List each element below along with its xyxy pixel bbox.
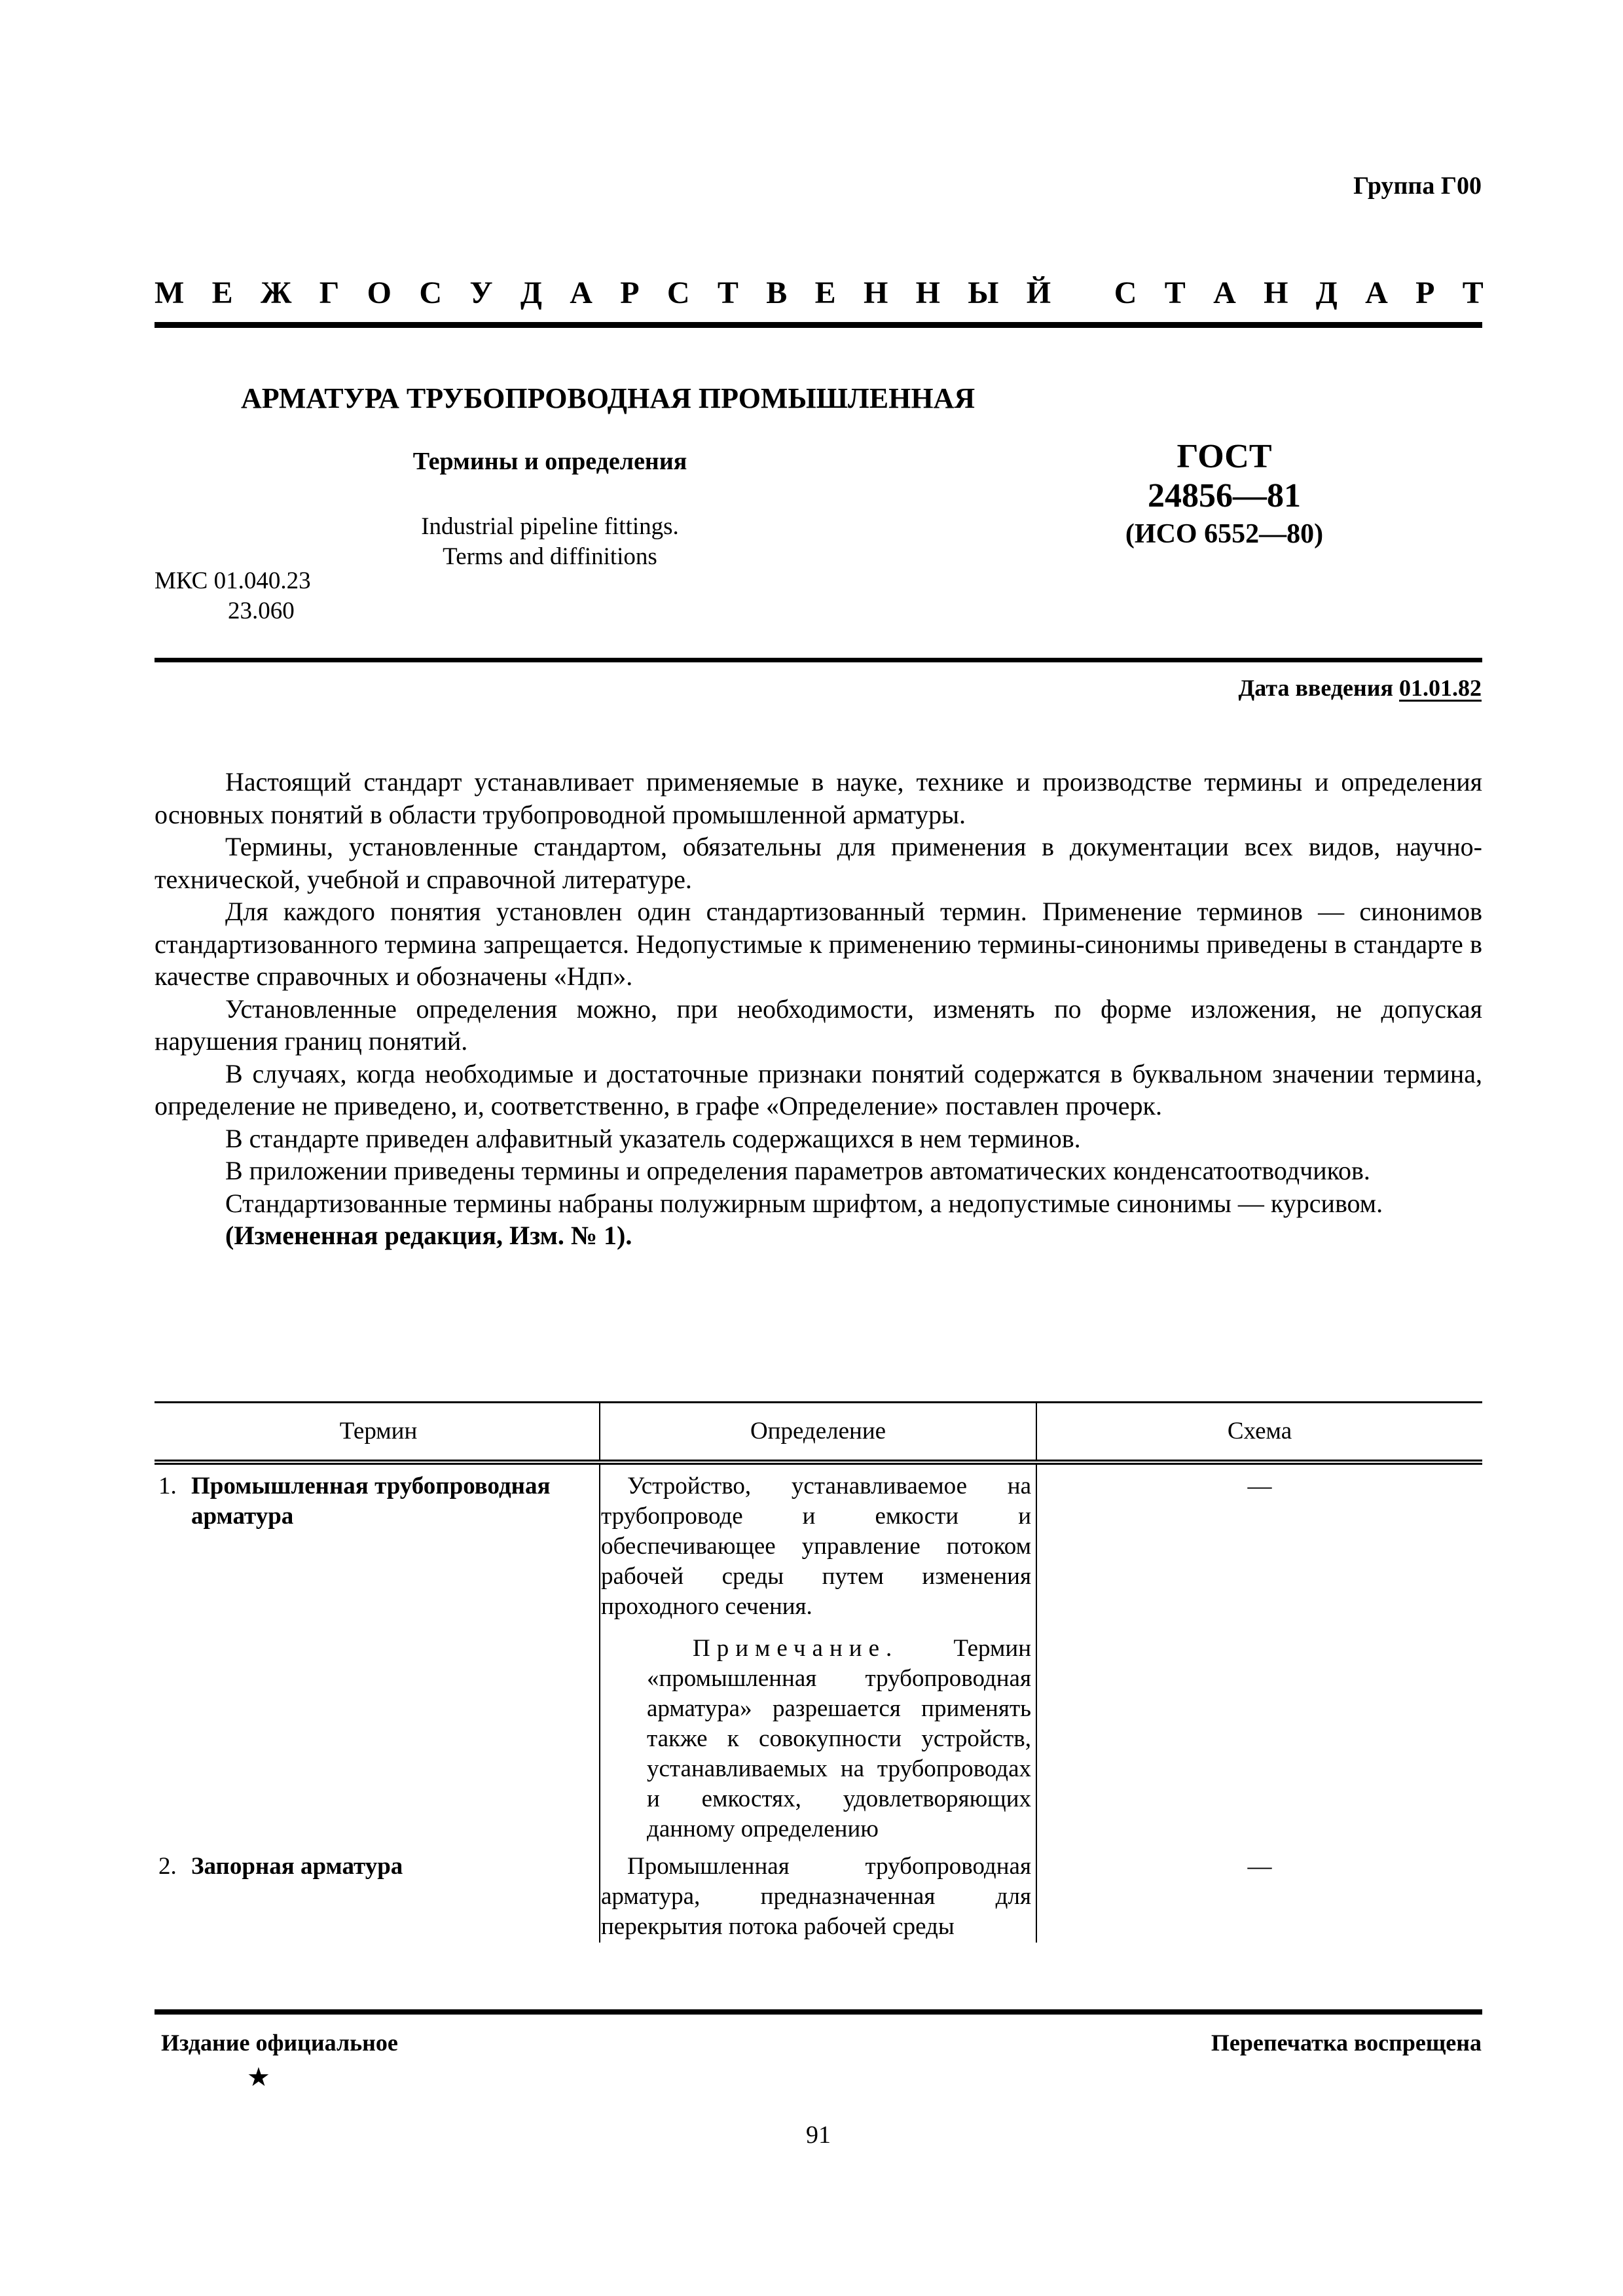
heading-letter: Е: [815, 275, 836, 311]
amendment-note: (Измененная редакция, Изм. № 1).: [155, 1219, 1482, 1252]
terms-table: Термин Определение Схема 1. Промышленная…: [155, 1401, 1482, 1943]
column-header-scheme: Схема: [1036, 1403, 1482, 1463]
heading-letter: С: [1114, 275, 1137, 311]
table-row: 2. Запорная арматура Промышленная трубоп…: [155, 1845, 1482, 1943]
preamble-paragraph: Установленные определения можно, при нео…: [155, 993, 1482, 1058]
heading-letter: С: [419, 275, 442, 311]
introduction-date-value: 01.01.82: [1399, 675, 1482, 701]
term-number: 2.: [158, 1852, 191, 1882]
heading-letter: Д: [1316, 275, 1338, 311]
heading-letter: Т: [1463, 275, 1484, 311]
definition-note: Примечание. Термин «промышленная трубопр…: [601, 1634, 1035, 1844]
preamble-paragraph: Стандартизованные термины набраны полужи…: [155, 1187, 1482, 1220]
preamble-paragraph: В приложении приведены термины и определ…: [155, 1155, 1482, 1187]
english-title: Industrial pipeline fittings. Terms and …: [393, 512, 707, 572]
mks-code-line1: МКС 01.040.23: [155, 566, 311, 596]
term-cell: 2. Запорная арматура: [155, 1845, 600, 1943]
heading-letter: Н: [916, 275, 940, 311]
english-title-line1: Industrial pipeline fittings.: [393, 512, 707, 542]
heading-letter: Е: [212, 275, 233, 311]
heading-letter: Р: [620, 275, 639, 311]
preamble-paragraph: Термины, установленные стандартом, обяза…: [155, 831, 1482, 895]
reprint-prohibited-label: Перепечатка воспрещена: [1211, 2029, 1482, 2056]
heading-letter: С: [667, 275, 690, 311]
definition-text: Промышленная трубопроводная арматура, пр…: [601, 1852, 1035, 1942]
heading-word-gap: [1078, 275, 1086, 311]
heading-letter: М: [155, 275, 184, 311]
gost-number: 24856—81: [1106, 476, 1342, 516]
heading-letter: Р: [1415, 275, 1434, 311]
column-header-term: Термин: [155, 1403, 600, 1463]
heading-letter: Г: [319, 275, 340, 311]
preamble: Настоящий стандарт устанавливает применя…: [155, 766, 1482, 1252]
english-title-line2: Terms and diffinitions: [393, 542, 707, 572]
document-subtitle: Термины и определения: [393, 447, 707, 476]
preamble-paragraph: Настоящий стандарт устанавливает применя…: [155, 766, 1482, 831]
star-icon: ★: [247, 2062, 270, 2092]
group-code: Группа Г00: [1353, 171, 1482, 200]
heading-letter: Д: [520, 275, 542, 311]
heading-letter: О: [367, 275, 392, 311]
heading-letter: Т: [718, 275, 739, 311]
introduction-date-label: Дата введения: [1239, 675, 1394, 701]
official-edition-label: Издание официальное: [161, 2029, 398, 2056]
table-header-row: Термин Определение Схема: [155, 1403, 1482, 1463]
term-name: Промышленная трубопроводная арматура: [191, 1471, 598, 1532]
gost-label: ГОСТ: [1106, 437, 1342, 476]
introduction-date: Дата введения 01.01.82: [1239, 674, 1482, 702]
iso-reference: (ИСО 6552—80): [1106, 516, 1342, 552]
heading-letter: А: [1213, 275, 1236, 311]
heading-letter: Й: [1027, 275, 1051, 311]
heading-letter: У: [469, 275, 492, 311]
term-cell: 1. Промышленная трубопроводная арматура: [155, 1462, 600, 1845]
column-header-definition: Определение: [600, 1403, 1036, 1463]
preamble-paragraph: Для каждого понятия установлен один стан…: [155, 895, 1482, 993]
title-block-rule: [155, 658, 1482, 662]
page-number: 91: [805, 2121, 831, 2149]
preamble-paragraph: В стандарте приведен алфавитный указател…: [155, 1122, 1482, 1155]
table-row: 1. Промышленная трубопроводная арматура …: [155, 1462, 1482, 1845]
definition-text: Устройство, устанавливаемое на трубопров…: [601, 1471, 1035, 1622]
document-title: АРМАТУРА ТРУБОПРОВОДНАЯ ПРОМЫШЛЕННАЯ: [241, 382, 975, 415]
mks-codes: МКС 01.040.23 23.060: [155, 566, 311, 626]
heading-letter: Н: [864, 275, 888, 311]
interstate-standard-heading: МЕЖГОСУДАРСТВЕННЫЙ СТАНДАРТ: [155, 275, 1484, 311]
heading-letter: В: [766, 275, 787, 311]
scheme-cell: —: [1036, 1462, 1482, 1845]
term-number: 1.: [158, 1471, 191, 1532]
heading-letter: А: [1365, 275, 1388, 311]
heading-letter: Н: [1264, 275, 1288, 311]
heading-letter: Т: [1165, 275, 1186, 311]
definition-cell: Промышленная трубопроводная арматура, пр…: [600, 1845, 1036, 1943]
heading-letter: А: [570, 275, 593, 311]
preamble-paragraph: В случаях, когда необходимые и достаточн…: [155, 1058, 1482, 1122]
mks-code-line2: 23.060: [155, 596, 311, 626]
definition-cell: Устройство, устанавливаемое на трубопров…: [600, 1462, 1036, 1845]
footer-rule: [155, 2009, 1482, 2015]
header-rule: [155, 322, 1482, 328]
heading-letter: Ы: [968, 275, 998, 311]
note-label: Примечание.: [647, 1635, 898, 1662]
gost-designation: ГОСТ 24856—81 (ИСО 6552—80): [1106, 437, 1342, 552]
scheme-cell: —: [1036, 1845, 1482, 1943]
note-text: Термин «промышленная трубопроводная арма…: [647, 1635, 1031, 1842]
heading-letter: Ж: [261, 275, 291, 311]
term-name: Запорная арматура: [191, 1852, 403, 1882]
